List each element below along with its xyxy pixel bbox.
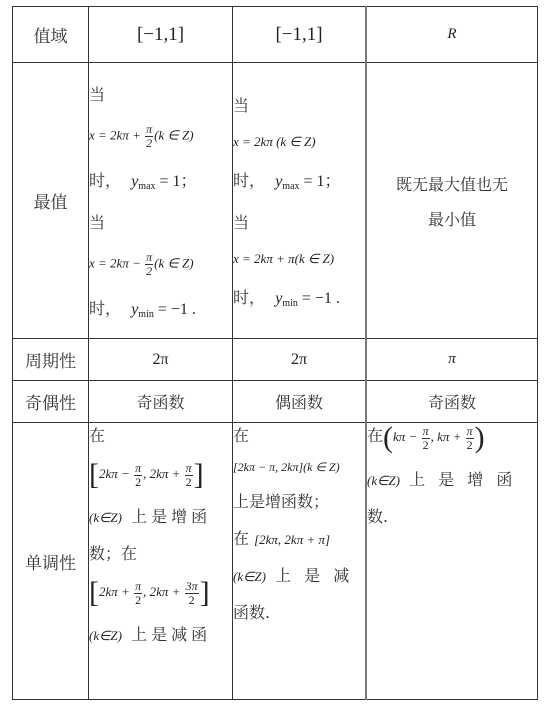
- parity-tan: 奇函数: [366, 381, 538, 423]
- extrema-tan: 既无最大值也无 最小值: [366, 63, 538, 339]
- extrema-cos: 当 x = 2kπ (k ∈ Z) 时， ymax = 1； 当 x = 2kπ…: [233, 63, 367, 339]
- max-condition-formula: x = 2kπ + π2(k ∈ Z): [89, 123, 232, 150]
- label-period: 周期性: [13, 339, 89, 381]
- row-period: 周期性 2π 2π π: [13, 339, 538, 381]
- decreasing-text-end: 函数.: [233, 600, 365, 623]
- label-parity: 奇偶性: [13, 381, 89, 423]
- row-range: 值域 [−1,1] [−1,1] R: [13, 7, 538, 63]
- min-condition-formula: x = 2kπ − π2(k ∈ Z): [89, 251, 232, 278]
- row-parity: 奇偶性 奇函数 偶函数 奇函数: [13, 381, 538, 423]
- at-text: 在: [233, 423, 365, 446]
- period-cos: 2π: [233, 339, 367, 381]
- decreasing-interval-line: 在 [2kπ, 2kπ + π]: [233, 526, 365, 549]
- increasing-interval: [2kπ − π2, 2kπ + π2]: [89, 460, 232, 490]
- decreasing-intro: 数；在: [89, 541, 232, 564]
- monotonicity-tan: 在(kπ − π2, kπ + π2) (k∈Z) 上 是 增 函 数.: [366, 423, 538, 700]
- no-extrema-text: 既无最大值也无: [367, 172, 537, 195]
- range-sin: [−1,1]: [89, 7, 233, 63]
- parity-cos: 偶函数: [233, 381, 367, 423]
- decreasing-interval: [2kπ + π2, 2kπ + 3π2]: [89, 578, 232, 608]
- increasing-text-end: 数.: [367, 504, 537, 527]
- trig-properties-table: 值域 [−1,1] [−1,1] R 最值 当 x = 2kπ + π2(k ∈…: [12, 6, 538, 700]
- max-value: 时， ymax = 1；: [89, 168, 232, 192]
- min-value: 时， ymin = −1 .: [89, 296, 232, 320]
- range-cos: [−1,1]: [233, 7, 367, 63]
- increasing-text: (k∈Z) 上 是 增 函: [367, 467, 537, 490]
- row-extrema: 最值 当 x = 2kπ + π2(k ∈ Z) 时， ymax = 1； 当 …: [13, 63, 538, 339]
- parity-sin: 奇函数: [89, 381, 233, 423]
- min-value: 时， ymin = −1 .: [233, 285, 365, 309]
- increasing-text: 上是增函数；: [233, 489, 365, 512]
- decreasing-text: (k∈Z) 上是减函: [89, 622, 232, 645]
- max-condition-formula: x = 2kπ (k ∈ Z): [233, 134, 365, 150]
- no-extrema-text-2: 最小值: [367, 207, 537, 230]
- monotonicity-cos: 在 [2kπ − π, 2kπ](k ∈ Z) 上是增函数； 在 [2kπ, 2…: [233, 423, 367, 700]
- decreasing-text: (k∈Z) 上 是 减: [233, 563, 365, 586]
- monotonicity-sin: 在 [2kπ − π2, 2kπ + π2] (k∈Z) 上是增函 数；在 [2…: [89, 423, 233, 700]
- label-range: 值域: [13, 7, 89, 63]
- increasing-interval: 在(kπ − π2, kπ + π2): [367, 423, 537, 453]
- extrema-sin: 当 x = 2kπ + π2(k ∈ Z) 时， ymax = 1； 当 x =…: [89, 63, 233, 339]
- at-text: 在: [89, 423, 232, 446]
- min-condition-formula: x = 2kπ + π(k ∈ Z): [233, 251, 365, 267]
- period-sin: 2π: [89, 339, 233, 381]
- when-text: 当: [233, 93, 365, 116]
- when-text: 当: [89, 82, 232, 105]
- increasing-interval: [2kπ − π, 2kπ](k ∈ Z): [233, 460, 365, 475]
- period-tan: π: [366, 339, 538, 381]
- label-monotonicity: 单调性: [13, 423, 89, 700]
- when-text: 当: [89, 210, 232, 233]
- max-value: 时， ymax = 1；: [233, 168, 365, 192]
- row-monotonicity: 单调性 在 [2kπ − π2, 2kπ + π2] (k∈Z) 上是增函 数；…: [13, 423, 538, 700]
- label-extrema: 最值: [13, 63, 89, 339]
- increasing-text: (k∈Z) 上是增函: [89, 504, 232, 527]
- range-tan: R: [366, 7, 538, 63]
- when-text: 当: [233, 210, 365, 233]
